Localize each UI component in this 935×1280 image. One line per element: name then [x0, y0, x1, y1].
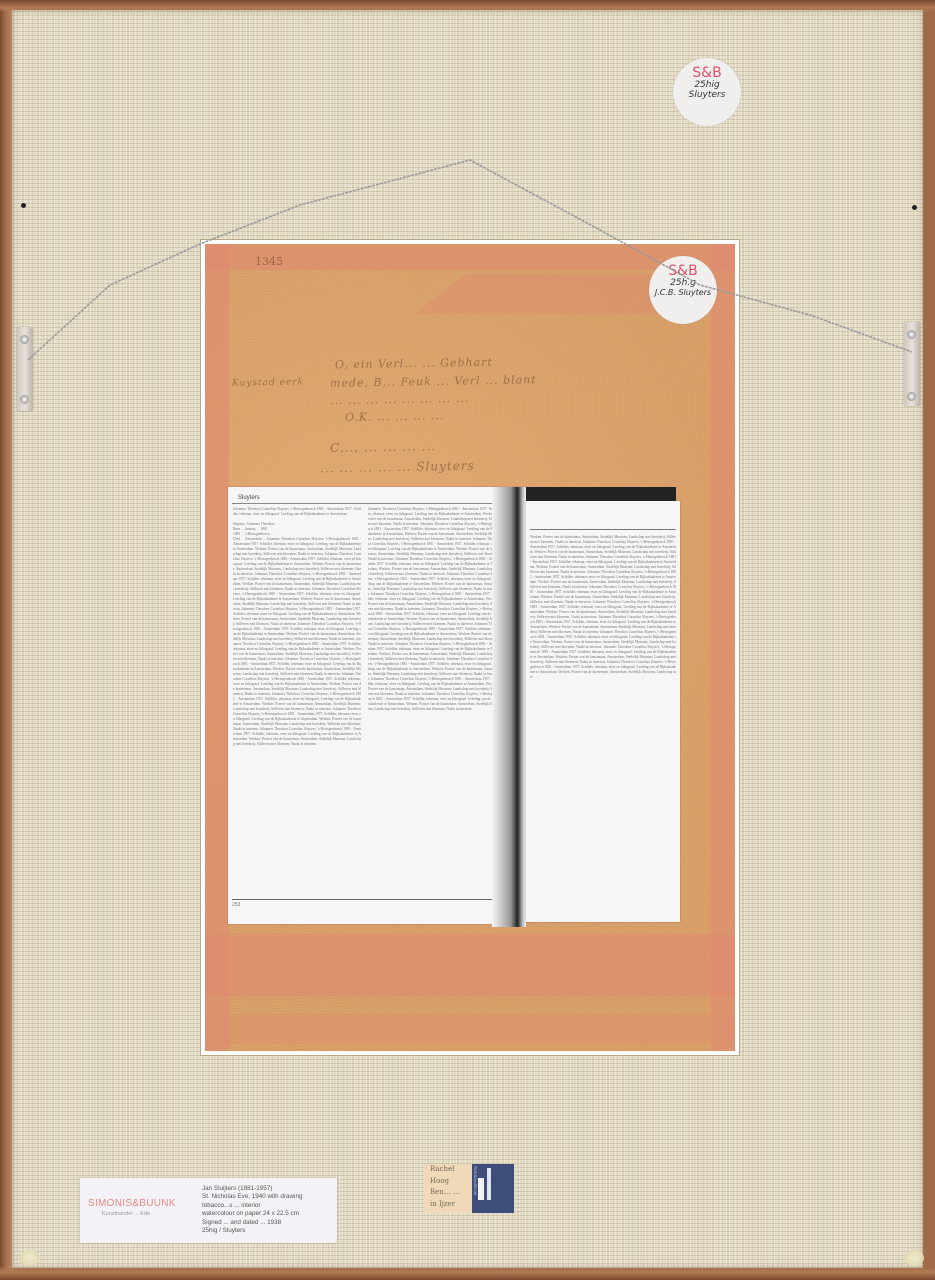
book-cover: RIJKSMUSEUM — [472, 1164, 514, 1213]
hanging-wire — [0, 0, 935, 1280]
cover-graphic — [487, 1168, 491, 1200]
gallery-brand-sub: Kunsthandel ... Ede — [102, 1211, 150, 1217]
corner-bumper — [904, 1250, 924, 1266]
book-title: Rachel Hoog Ben... ... in Ijzer — [424, 1164, 472, 1213]
gallery-brand: SIMONIS&BUUNK — [88, 1198, 176, 1209]
gallery-label: SIMONIS&BUUNK Kunsthandel ... Ede Jan Sl… — [80, 1178, 337, 1243]
gallery-info: Jan Sluijters (1881-1957) St. Nicholas E… — [202, 1185, 302, 1235]
corner-bumper — [20, 1250, 40, 1266]
book-label: Rachel Hoog Ben... ... in Ijzer RIJKSMUS… — [424, 1164, 514, 1213]
cover-graphic — [478, 1178, 484, 1200]
